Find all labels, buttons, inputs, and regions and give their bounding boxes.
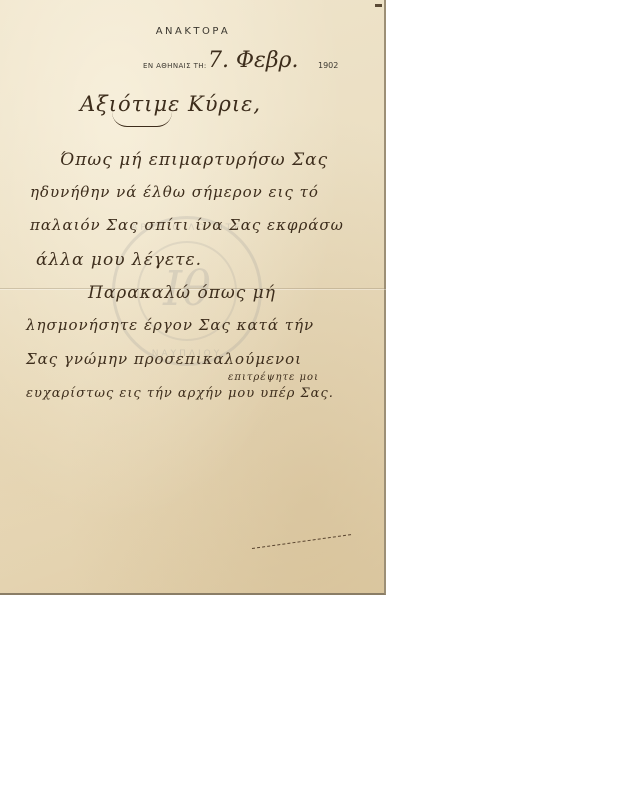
body-line-8: ευχαρίστως εις τήν αρχήν μου υπέρ Σας.	[26, 386, 334, 401]
body-line-5: Παρακαλώ όπως μή	[88, 283, 276, 303]
letterhead-title: ΑΝΑΚΤΟΡΑ	[0, 26, 386, 37]
body-line-7: Σας γνώμην προσεπικαλούμενοι	[26, 350, 302, 368]
year: 1902	[318, 61, 338, 70]
body-line-6: λησμονήσητε έργον Σας κατά τήν	[26, 316, 314, 334]
insertion-above-line: επιτρέψητε μοι	[228, 372, 319, 383]
body-line-1: Όπως μή επιμαρτυρήσω Σας	[60, 150, 328, 170]
corner-mark	[375, 4, 382, 7]
body-line-2: ηδυνήθην νά έλθω σήμερον εις τό	[30, 183, 319, 201]
signature-line	[252, 534, 351, 549]
handwritten-date: 7. Φεβρ.	[208, 48, 298, 73]
salutation-flourish	[112, 112, 172, 127]
body-line-4: άλλα μου λέγετε.	[36, 250, 202, 270]
letter-page: ΑΝΑΚΤΟΡΑ ΕΝ ΑΘΗΝΑΙΣ ΤΗ: 7. Φεβρ. 1902 ΑΡ…	[0, 0, 386, 595]
body-line-3: παλαιόν Σας σπίτι ίνα Σας εκφράσω	[30, 216, 344, 234]
place-prefix: ΕΝ ΑΘΗΝΑΙΣ ΤΗ:	[143, 62, 207, 70]
